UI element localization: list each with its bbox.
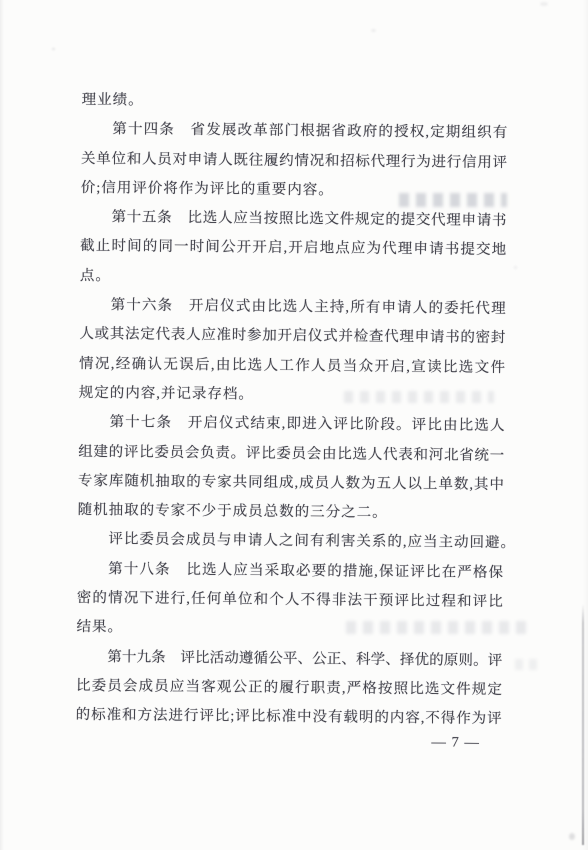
text-line: 评比委员会成员与申请人之间有利害关系的,应当主动回避。 — [77, 525, 503, 558]
paragraph: 评比委员会成员与申请人之间有利害关系的,应当主动回避。 — [77, 525, 503, 558]
text-line: 人或其法定代表人应准时参加开启仪式并检查代理申请书的密封 — [79, 320, 505, 353]
page-number: — 7 — — [431, 734, 501, 752]
text-line: 密的情况下进行,任何单位和个人不得非法干预评比过程和评比 — [77, 584, 503, 617]
text-line: 理业绩。 — [81, 86, 507, 119]
paragraph: 第十九条 评比活动遵循公平、公正、科学、择优的原则。评比委员会成员应当客观公正的… — [76, 643, 503, 735]
text-line: 第十七条 开启仪式结束,即进入评比阶段。评比由比选人 — [78, 408, 504, 441]
text-line: 规定的内容,并记录存档。 — [79, 379, 505, 412]
text-line: 的标准和方法进行评比;评比标准中没有载明的内容,不得作为评 — [76, 701, 502, 734]
scanned-document-page: 理业绩。第十四条 省发展改革部门根据省政府的授权,定期组织有关单位和人员对申请人… — [0, 0, 588, 850]
text-line: 第十九条 评比活动遵循公平、公正、科学、择优的原则。评 — [76, 643, 502, 676]
text-line: 第十六条 开启仪式由比选人主持,所有申请人的委托代理 — [79, 291, 505, 324]
text-line: 关单位和人员对申请人既往履约情况和招标代理行为进行信用评 — [81, 145, 507, 178]
text-line: 情况,经确认无误后,由比选人工作人员当众开启,宣读比选文件 — [79, 350, 505, 383]
text-line: 组建的评比委员会负责。评比委员会由比选人代表和河北省统一 — [78, 438, 504, 471]
paragraph: 第十六条 开启仪式由比选人主持,所有申请人的委托代理人或其法定代表人应准时参加开… — [79, 291, 506, 412]
text-line: 价;信用评价将作为评比的重要内容。 — [81, 174, 507, 207]
text-line: 比委员会成员应当客观公正的履行职责,严格按照比选文件规定 — [76, 672, 502, 705]
text-line: 第十五条 比选人应当按照比选文件规定的提交代理申请书 — [80, 203, 506, 236]
paragraph: 第十八条 比选人应当采取必要的措施,保证评比在严格保密的情况下进行,任何单位和个… — [76, 555, 503, 647]
text-line: 结果。 — [76, 613, 502, 646]
text-line: 第十八条 比选人应当采取必要的措施,保证评比在严格保 — [77, 555, 503, 588]
text-line: 点。 — [80, 262, 506, 295]
page-content: 理业绩。第十四条 省发展改革部门根据省政府的授权,定期组织有关单位和人员对申请人… — [0, 0, 588, 850]
text-line: 专家库随机抽取的专家共同组成,成员人数为五人以上单数,其中 — [78, 467, 504, 500]
text-line: 截止时间的同一时间公开开启,开启地点应为代理申请书提交地 — [80, 232, 506, 265]
paragraph: 理业绩。 — [81, 86, 507, 119]
text-line: 第十四条 省发展改革部门根据省政府的授权,定期组织有 — [81, 115, 507, 148]
document-body: 理业绩。第十四条 省发展改革部门根据省政府的授权,定期组织有关单位和人员对申请人… — [76, 86, 508, 735]
paragraph: 第十七条 开启仪式结束,即进入评比阶段。评比由比选人组建的评比委员会负责。评比委… — [78, 408, 505, 529]
paragraph: 第十五条 比选人应当按照比选文件规定的提交代理申请书截止时间的同一时间公开开启,… — [80, 203, 507, 295]
paragraph: 第十四条 省发展改革部门根据省政府的授权,定期组织有关单位和人员对申请人既往履约… — [81, 115, 508, 207]
text-line: 随机抽取的专家不少于成员总数的三分之二。 — [78, 496, 504, 529]
